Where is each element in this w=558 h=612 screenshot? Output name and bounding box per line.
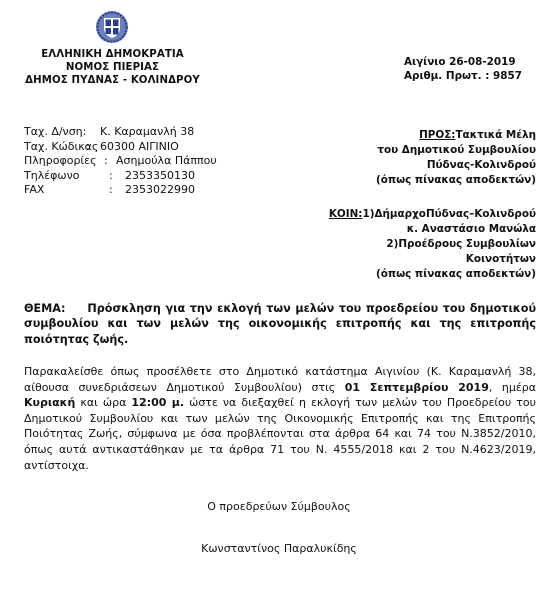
cc-label: ΚΟΙΝ: xyxy=(329,208,363,220)
meeting-day: Κυριακή xyxy=(24,396,75,409)
contact-row-phone: Τηλέφωνο : 2353350130 xyxy=(24,169,217,184)
contact-separator: : xyxy=(86,140,100,155)
signer-name: Κωνσταντίνος Παραλυκίδης xyxy=(0,542,558,555)
body-paragraph: Παρακαλείσθε όπως προσέλθετε στο Δημοτικ… xyxy=(24,364,536,473)
meeting-time: 12:00 μ. xyxy=(131,396,184,409)
recipient-line-2: του Δημοτικού Συμβουλίου xyxy=(376,143,536,158)
contact-label: Ταχ. Κώδικας xyxy=(24,140,86,155)
issuer-header: ΕΛΛΗΝΙΚΗ ΔΗΜΟΚΡΑΤΙΑ ΝΟΜΟΣ ΠΙΕΡΙΑΣ ΔΗΜΟΣ … xyxy=(20,48,205,87)
recipient-block: ΠΡΟΣ:Τακτικά Μέλη του Δημοτικού Συμβουλί… xyxy=(376,128,536,188)
contact-label: Πληροφορίες xyxy=(24,154,104,169)
contact-separator: : xyxy=(109,183,125,198)
contact-label: FAX xyxy=(24,183,109,198)
recipient-line-3: Πύδνας-Κολινδρού xyxy=(376,158,536,173)
protocol-number: Αριθμ. Πρωτ. : 9857 xyxy=(404,69,522,83)
contact-row-fax: FAX : 2353022990 xyxy=(24,183,217,198)
date-protocol-block: Αιγίνιο 26-08-2019 Αριθμ. Πρωτ. : 9857 xyxy=(404,55,522,83)
contact-value: 2353022990 xyxy=(125,183,195,198)
subject-text: Πρόσκληση για την εκλογή των μελών του π… xyxy=(24,302,536,346)
issuer-line-2: ΝΟΜΟΣ ΠΙΕΡΙΑΣ xyxy=(20,61,205,74)
cc-line-5: (όπως πίνακας αποδεκτών) xyxy=(329,267,536,282)
contact-separator: : xyxy=(104,154,116,169)
recipient-line-4: (όπως πίνακας αποδεκτών) xyxy=(376,173,536,188)
cc-line-1: ΚΟΙΝ:1)ΔήμαρχοΠύδνας–Κολινδρού xyxy=(329,207,536,222)
contact-row-address: Ταχ. Δ/νση: Κ. Καραμανλή 38 xyxy=(24,125,217,140)
contact-details: Ταχ. Δ/νση: Κ. Καραμανλή 38 Ταχ. Κώδικας… xyxy=(24,125,217,198)
recipient-line-1: ΠΡΟΣ:Τακτικά Μέλη xyxy=(376,128,536,143)
cc-line-2: κ. Αναστάσιο Μανώλα xyxy=(329,222,536,237)
cc-line-3: 2)Προέδρους Συμβουλίων xyxy=(329,237,536,252)
contact-value: Κ. Καραμανλή 38 xyxy=(100,125,194,140)
cc-line-4: Κοινοτήτων xyxy=(329,252,536,267)
contact-value: 60300 ΑΙΓΙΝΙΟ xyxy=(100,140,179,155)
contact-value: Ασημούλα Πάππου xyxy=(116,154,217,169)
signer-title: Ο προεδρεύων Σύμβουλος xyxy=(0,500,558,513)
subject-paragraph: ΘΕΜΑ:Πρόσκληση για την εκλογή των μελών … xyxy=(24,301,536,347)
subject-label: ΘΕΜΑ: xyxy=(24,302,65,315)
contact-value: 2353350130 xyxy=(125,169,195,184)
greek-coat-of-arms-icon xyxy=(95,10,129,44)
issuer-line-3: ΔΗΜΟΣ ΠΥΔΝΑΣ - ΚΟΛΙΝΔΡΟΥ xyxy=(20,74,205,87)
document-date: Αιγίνιο 26-08-2019 xyxy=(404,55,522,69)
contact-row-postcode: Ταχ. Κώδικας : 60300 ΑΙΓΙΝΙΟ xyxy=(24,140,217,155)
contact-separator: : xyxy=(109,169,125,184)
contact-separator xyxy=(86,125,100,140)
issuer-line-1: ΕΛΛΗΝΙΚΗ ΔΗΜΟΚΡΑΤΙΑ xyxy=(20,48,205,61)
recipient-label: ΠΡΟΣ: xyxy=(419,129,455,141)
contact-row-info: Πληροφορίες : Ασημούλα Πάππου xyxy=(24,154,217,169)
contact-label: Ταχ. Δ/νση: xyxy=(24,125,86,140)
meeting-date: 01 Σεπτεμβρίου 2019 xyxy=(345,381,489,394)
cc-block: ΚΟΙΝ:1)ΔήμαρχοΠύδνας–Κολινδρού κ. Αναστά… xyxy=(329,207,536,282)
contact-label: Τηλέφωνο xyxy=(24,169,109,184)
